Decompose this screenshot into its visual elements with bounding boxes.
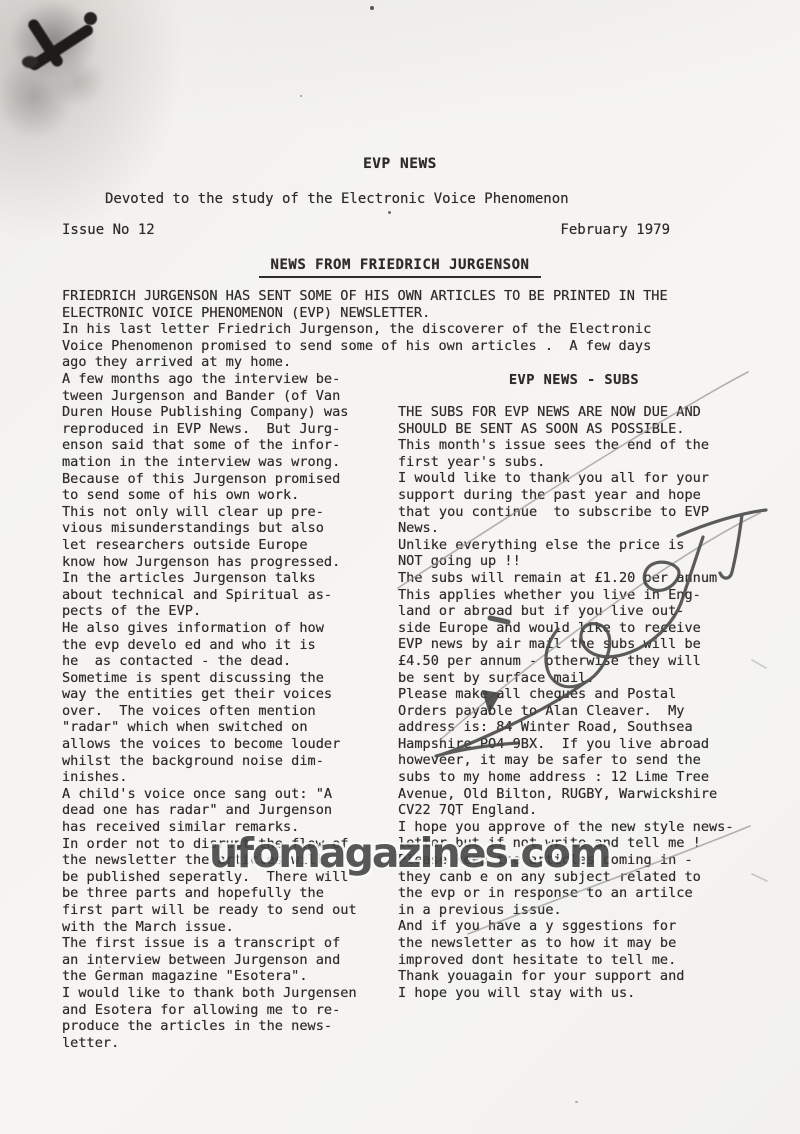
scanned-newsletter-page: EVP NEWS Devoted to the study of the Ele…	[0, 0, 800, 1134]
corner-ink-mark	[0, 0, 160, 180]
intro-paragraph: FRIEDRICH JURGENSON HAS SENT SOME OF HIS…	[62, 288, 752, 371]
right-column-text: THE SUBS FOR EVP NEWS ARE NOW DUE AND SH…	[398, 404, 754, 1001]
newsletter-subtitle: Devoted to the study of the Electronic V…	[105, 191, 569, 207]
issue-number: Issue No 12	[62, 222, 155, 238]
paper-speck	[300, 95, 302, 97]
paper-speck	[99, 966, 101, 968]
ink-mark-blot	[22, 56, 38, 68]
left-column-text: A few months ago the interview be- tween…	[62, 371, 398, 1051]
paper-speck	[370, 6, 374, 10]
issue-date: February 1979	[560, 222, 670, 238]
section-heading: NEWS FROM FRIEDRICH JURGENSON	[259, 257, 542, 278]
corner-shadow-smudge	[0, 0, 147, 177]
paper-speck	[388, 211, 391, 214]
ink-mark-blot	[84, 12, 97, 25]
paper-speck	[575, 1101, 578, 1103]
subs-section-heading: EVP NEWS - SUBS	[398, 372, 750, 388]
